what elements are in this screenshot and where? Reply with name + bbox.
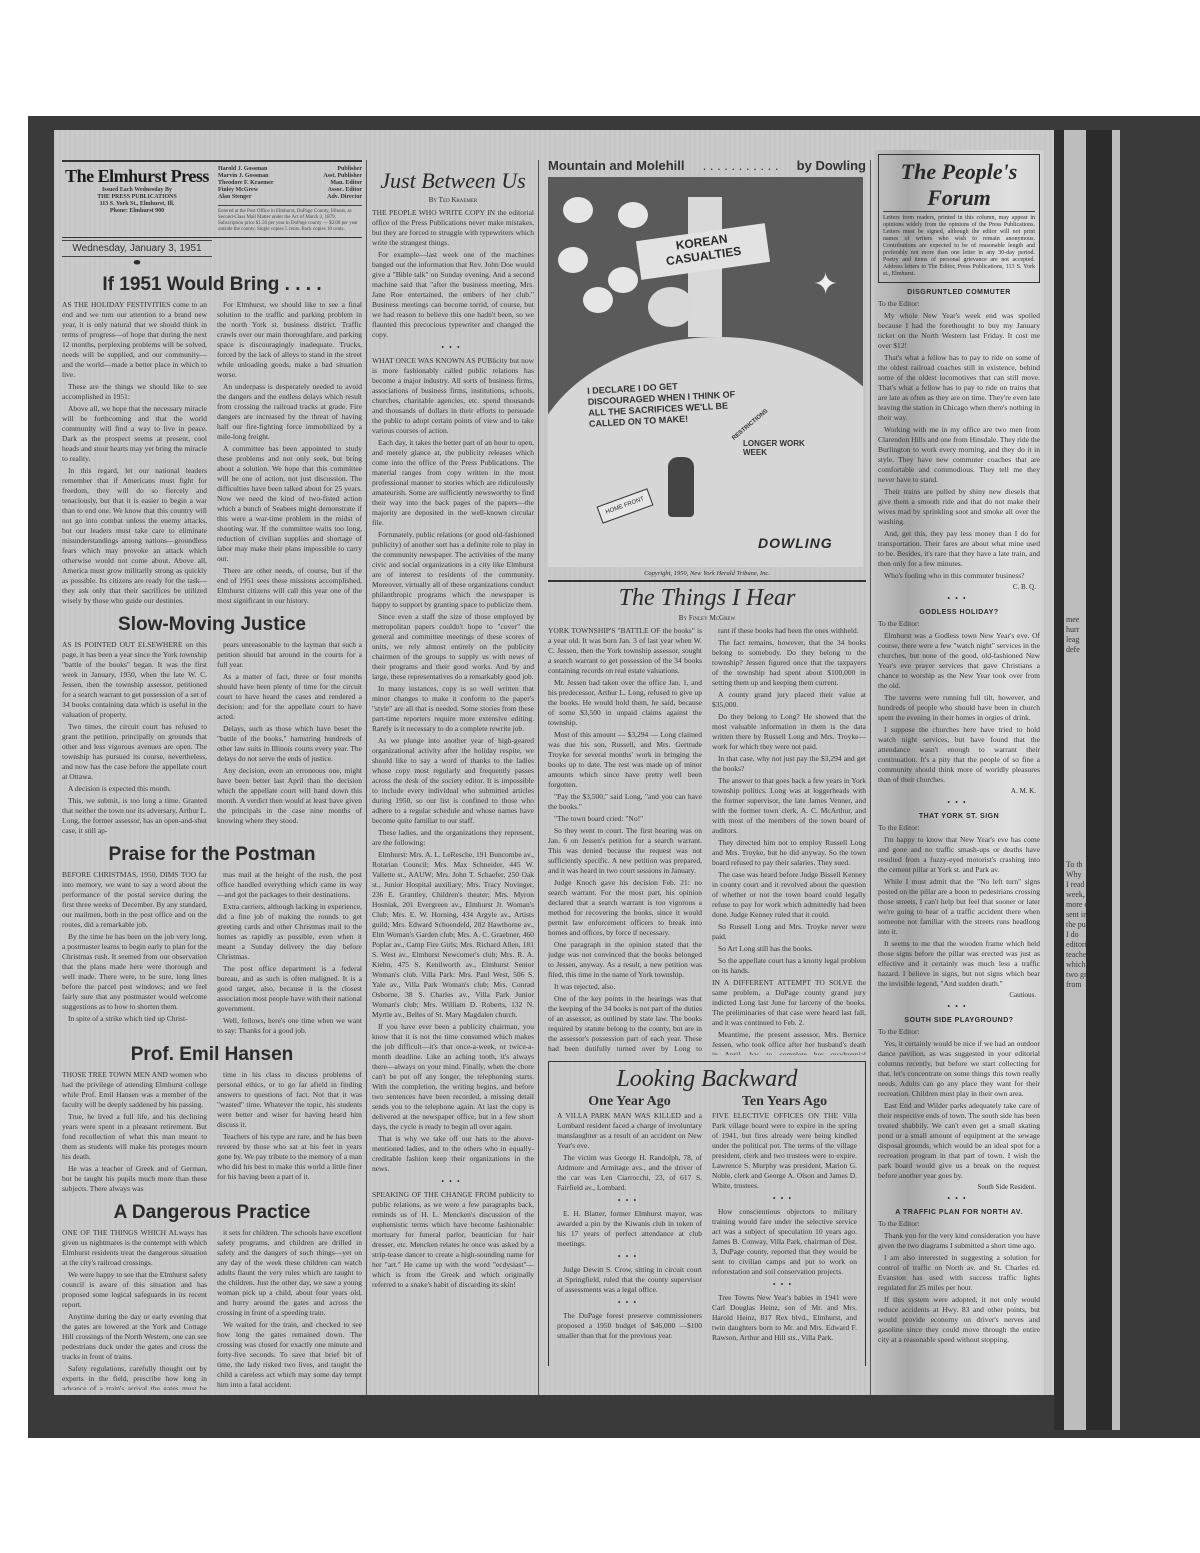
byline: By Finley McGrew [548,614,866,622]
column-rule [870,160,871,1395]
cartoonist-signature: DOWLING [758,535,833,551]
paragraph: How conscientious objectors to military … [712,1207,857,1277]
paragraph: it sets for children. The schools have e… [217,1228,362,1318]
staff-row: Finley McGrewAssoc. Editor [218,187,362,194]
section-headline: Looking Backward [557,1066,857,1093]
letter-heading: THAT YORK ST. SIGN [878,813,1040,820]
staff-row: Theodore F. KraemerMan. Editor [218,180,362,187]
column-rule [538,160,539,1395]
adjacent-page-edge: mee hurr leag defe To th Why I read week… [1054,130,1120,1430]
paragraph: My whole New Year's week end was spoiled… [878,311,1040,351]
letter-signoff: South Side Resident. [882,1183,1036,1191]
paragraph: Extra carriers, although lacking in expe… [217,902,362,962]
letter: SOUTH SIDE PLAYGROUND? To the Editor: Ye… [878,1017,1040,1191]
editorial-body: ONE OF THE THINGS WHICH ALways has given… [62,1228,362,1390]
cartoon-credit: by Dowling [797,158,866,173]
staff-name: Harold J. Gossman [218,166,267,173]
paragraph: As we plunge into another year of high-g… [372,736,534,826]
paragraph: mas mail at the height of the rush, the … [217,870,362,900]
paragraph: I'm happy to know that New Year's eve ha… [878,835,1040,875]
paragraph: In many instances, copy is so well writt… [372,684,534,734]
paragraph: Tree Towns New Year's babies in 1941 wer… [712,1293,857,1343]
adjacent-fragment: from [1066,980,1086,989]
subhead-ten-years: Ten Years Ago [712,1097,857,1107]
adjacent-fragment: more d [1066,900,1086,909]
paragraph: IN A DIFFERENT ATTEMPT TO SOLVE the same… [712,978,866,1028]
paragraph: East End and Wilder parks adequately tak… [878,1101,1040,1181]
paragraph: Elmhurst: Mrs. A. L. LeResche, 191 Bunco… [372,850,534,1020]
paragraph: Above all, we hope that the necessary mi… [62,404,207,464]
salutation: To the Editor: [878,619,1040,629]
paragraph: It seems to me that the wooden frame whi… [878,939,1040,989]
paragraph: The victim was George H. Randolph, 78, o… [557,1153,702,1193]
peoples-forum-column: The People's Forum Letters from readers,… [874,150,1044,1395]
paragraph: SPEAKING OF THE CHANGE FROM publicity to… [372,1190,534,1290]
paragraph: Anytime during the day or early evening … [62,1312,207,1362]
paragraph: This, we submit, is too long a time. Gra… [62,796,207,836]
film-bottom-edge [54,1395,1054,1438]
editorial-headline: Praise for the Postman [62,844,362,866]
paragraph: Fortunately, public relations (or good o… [372,530,534,610]
adjacent-fragment: Why [1066,870,1086,879]
adjacent-fragment: I read [1066,880,1086,889]
paragraph: They directed him not to employ Russell … [712,838,866,868]
paragraph: That is why we take off our hats to the … [372,1134,534,1174]
editorial-headline: Slow-Moving Justice [62,614,362,636]
paragraph: These ladies, and the organizations they… [372,828,534,848]
section-stars: ••• [878,594,1040,603]
paragraph: E. H. Blatter, former Elmhurst mayor, wa… [557,1209,702,1249]
paragraph: Delays, such as those which have beset t… [217,724,362,764]
salutation: To the Editor: [878,299,1040,309]
issue-date: Wednesday, January 3, 1951 [62,240,212,257]
adjacent-fragment: week, [1066,890,1086,899]
section-stars: ••• [878,798,1040,807]
paragraph: ONE OF THE THINGS WHICH ALways has given… [62,1228,207,1268]
publisher-name: THE PRESS PUBLICATIONS [62,194,212,201]
paragraph: So Russell Long and Mrs. Troyke never we… [712,922,866,942]
forum-title-line2: Forum [883,185,1035,211]
paragraph: In that case, why not just pay the $3,29… [712,754,866,774]
editorial-body: BEFORE CHRISTMAS, 1950, DIMS TOO far int… [62,870,362,1038]
paragraph: Since even a staff the size of those emp… [372,612,534,682]
editorial-5: A Dangerous Practice ONE OF THE THINGS W… [62,1202,362,1390]
editorial-headline: A Dangerous Practice [62,1202,362,1224]
paragraph: The fact remains, however, that the 34 b… [712,638,866,688]
forum-note: Letters from readers, printed in this co… [883,211,1035,278]
cloud-icon [563,197,593,223]
paragraph: Mr. Jessen had taken over the office Jan… [548,678,702,728]
editorial-body: AS IS POINTED OUT ELSEWHERE on this page… [62,640,362,838]
paragraph: Two times, the circuit court has refused… [62,722,207,782]
masthead-left: The Elmhurst Press Issued Each Wednesday… [62,166,212,233]
section-stars: ••• [372,1177,534,1187]
paragraph: Yes, it certainly would be nice if we ha… [878,1039,1040,1099]
paragraph: The post office department is a federal … [217,964,362,1014]
staff-name: Theodore F. Kraemer [218,180,274,187]
letter: GODLESS HOLIDAY? To the Editor: Elmhurst… [878,609,1040,795]
paragraph: Their trains are pulled by shiny new die… [878,487,1040,527]
paragraph: For example—last week one of the machine… [372,250,534,340]
section-stars: ••• [557,1298,702,1308]
paragraph: We waited for the train, and checked to … [217,1320,362,1390]
editorial-body: THOSE TREE TOWN MEN AND women who had th… [62,1070,362,1196]
paragraph: The taverns were running full tilt, howe… [878,693,1040,723]
cartoon-speech: I DECLARE I DO GET DISCOURAGED WHEN I TH… [587,378,739,430]
byline: By Ted Kraemer [372,196,534,204]
masthead: The Elmhurst Press Issued Each Wednesday… [62,160,362,238]
section-stars: ••• [557,1196,702,1206]
column-headline: The Things I Hear [548,585,866,612]
column-rule [366,160,367,1395]
paragraph: One paragraph in the opinion stated that… [548,940,702,980]
paragraph: There are other needs, of course, but if… [217,566,362,606]
paragraph: Elmhurst was a Godless town New Year's e… [878,631,1040,691]
paragraph: BEFORE CHRISTMAS, 1950, DIMS TOO far int… [62,870,207,930]
adjacent-fragment: the pu [1066,920,1086,929]
staff-name: Finley McGrew [218,187,258,194]
cartoon-copyright: Copyright, 1950, New York Herald Tribune… [548,570,866,582]
editorial-column: The Elmhurst Press Issued Each Wednesday… [62,160,362,1390]
letter: DISGRUNTLED COMMUTER To the Editor: My w… [878,289,1040,591]
salutation: To the Editor: [878,823,1040,833]
figure-icon [668,457,694,517]
adjacent-fragment: mee [1066,615,1086,624]
section-stars: ••• [878,1194,1040,1203]
paragraph: YORK TOWNSHIP'S "BATTLE OF the books" is… [548,626,702,676]
cartoon-title: Mountain and Molehill [548,158,685,173]
cloud-icon [558,247,588,273]
editorial-3: Praise for the Postman BEFORE CHRISTMAS,… [62,844,362,1038]
cloud-icon [608,267,638,293]
letter-signoff: A. M. K. [882,787,1036,795]
paragraph: So the appellate court has a knotty lega… [712,956,866,976]
letter-heading: DISGRUNTLED COMMUTER [878,289,1040,296]
paragraph: THE PEOPLE WHO WRITE COPY IN the editori… [372,208,534,248]
section-stars: ••• [557,1252,702,1262]
staff-row: Marvin J. GossmanAsst. Publisher [218,173,362,180]
adjacent-fragment: I do [1066,930,1086,939]
paragraph: By the time he has been on the job very … [62,932,207,1012]
paragraph: The case was heard before Judge Bissell … [712,870,866,920]
letter: A TRAFFIC PLAN FOR NORTH AV. To the Edit… [878,1209,1040,1345]
staff-box: Harold J. GossmanPublisher Marvin J. Gos… [212,166,362,233]
adjacent-fragment: teache [1066,950,1086,959]
paragraph: "Pay the $3,500," said Long, "and you ca… [548,792,702,812]
newspaper-title: The Elmhurst Press [62,166,212,187]
paragraph: So they went to court. The first hearing… [548,826,702,876]
paragraph: For Elmhurst, we should like to see a fi… [217,300,362,380]
letter-heading: A TRAFFIC PLAN FOR NORTH AV. [878,1209,1040,1216]
paragraph: While I must admit that the "No left tur… [878,877,1040,937]
salutation: To the Editor: [878,1219,1040,1229]
editorial-body: AS THE HOLIDAY FESTIVITIES come to an en… [62,300,362,608]
subhead-one-year: One Year Ago [557,1097,702,1107]
section-stars: ••• [878,1002,1040,1011]
entry-note: Entered at the Post Office in Elmhurst, … [218,205,362,233]
cartoon-title-bar: Mountain and Molehill . . . . . . . . . … [548,158,866,173]
paragraph: I suppose the churches here have tried t… [878,725,1040,785]
paragraph: Teachers of his type are rare, and he ha… [217,1132,362,1182]
staff-role: Adv. Director [327,194,362,201]
paragraph: In spite of a strike which tied up Chris… [62,1014,207,1024]
editorial-headline: Prof. Emil Hansen [62,1044,362,1066]
paragraph: "The town board cried: "No!" [548,814,702,824]
paragraph: Any decision, even an erroneous one, mig… [217,766,362,826]
staff-role: Publisher [337,166,362,173]
letter-signoff: Cautious. [882,991,1036,999]
cloud-icon [583,287,613,313]
paragraph: An underpass is desperately needed to av… [217,382,362,442]
section-stars: ••• [712,1194,857,1204]
issued-line: Issued Each Wednesday By [62,187,212,194]
paragraph: A VILLA PARK MAN WAS KILLED and a Lombar… [557,1111,702,1151]
editorial-cartoon: ✦ KOREAN CASUALTIES I DECLARE I DO GET D… [548,177,863,567]
phone: Phone: Elmhurst 900 [62,208,212,215]
staff-name: Alan Stenger [218,194,252,201]
letter-heading: SOUTH SIDE PLAYGROUND? [878,1017,1040,1024]
star-icon: ✦ [813,267,838,302]
adjacent-fragment: two gr [1066,970,1086,979]
letter-signoff: C. B. Q. [882,583,1036,591]
paragraph: Who's fooling who in this commuter busin… [878,571,1040,581]
paragraph: Judge Knoch gave his decision Feb. 21: n… [548,878,702,938]
just-between-us-column: Just Between Us By Ted Kraemer THE PEOPL… [372,168,534,1393]
paragraph: That's what a fellow has to pay to ride … [878,353,1040,423]
letter-heading: GODLESS HOLIDAY? [878,609,1040,616]
paragraph: If you have ever been a publicity chairm… [372,1022,534,1132]
paragraph: A county grand jury placed their value a… [712,690,866,710]
staff-role: Assoc. Editor [328,187,362,194]
leader-dots: . . . . . . . . . . . [685,158,797,173]
adjacent-fragment: hurr [1066,625,1086,634]
forum-header: The People's Forum Letters from readers,… [878,154,1040,283]
paragraph: Judge Dewitt S. Crow, sitting in circuit… [557,1265,702,1295]
cloud-icon [618,202,648,228]
section-stars: ••• [712,1280,857,1290]
adjacent-fragment: which [1066,960,1086,969]
paragraph: AS IS POINTED OUT ELSEWHERE on this page… [62,640,207,720]
staff-row: Alan StengerAdv. Director [218,194,362,201]
paragraph: The DuPage forest preserve commissioners… [557,1311,702,1341]
paragraph: THOSE TREE TOWN MEN AND women who had th… [62,1070,207,1110]
adjacent-fragment: defe [1066,645,1086,654]
paragraph: A decision is expected this month. [62,784,207,794]
editorial-headline: If 1951 Would Bring . . . . [62,274,362,296]
adjacent-fragment: leag [1066,635,1086,644]
paragraph: I am also interested in suggesting a sol… [878,1253,1040,1293]
paragraph: WHAT ONCE WAS KNOWN AS PUBlicity but now… [372,356,534,436]
letter: THAT YORK ST. SIGN To the Editor: I'm ha… [878,813,1040,999]
editorial-2: Slow-Moving Justice AS IS POINTED OUT EL… [62,614,362,838]
moon-shape [648,287,694,327]
page-gutter-shadow [1086,130,1112,1430]
salutation: To the Editor: [878,1027,1040,1037]
adjacent-fragment: editori [1066,940,1086,949]
paragraph: A committee has been appointed to study … [217,444,362,564]
paragraph: Do they belong to Long? He showed that t… [712,712,866,752]
editorial-4: Prof. Emil Hansen THOSE TREE TOWN MEN AN… [62,1044,362,1196]
paragraph: rant if these books had been the ones wi… [712,626,866,636]
paragraph: These are the things we should like to s… [62,382,207,402]
paragraph: It was rejected, also. [548,982,702,992]
paragraph: Safety regulations, carefully thought ou… [62,1364,207,1390]
ornament-icon: ⬬ [62,258,212,268]
staff-row: Harold J. GossmanPublisher [218,166,362,173]
paragraph: One of the key points in the hearings wa… [548,994,702,1055]
paragraph: If this system were adopted, it not only… [878,1295,1040,1345]
staff-name: Marvin J. Gossman [218,173,269,180]
looking-backward: Looking Backward One Year Ago A VILLA PA… [548,1061,866,1366]
paragraph: True, he lived a full life, and his decl… [62,1112,207,1162]
cartoon-label: LONGER WORK WEEK [743,439,823,457]
paragraph: And, get this, they pay less money than … [878,529,1040,569]
paragraph: FIVE ELECTIVE OFFICES ON THE Villa Park … [712,1111,857,1191]
paragraph: He was a teacher of Greek and of German,… [62,1164,207,1194]
paragraph: AS THE HOLIDAY FESTIVITIES come to an en… [62,300,207,380]
paragraph: The answer to that goes back a few years… [712,776,866,836]
section-stars: ••• [372,343,534,353]
paragraph: In this regard, let our national leaders… [62,466,207,606]
column-headline: Just Between Us [372,168,534,194]
adjacent-fragment: sent in [1066,910,1086,919]
forum-title-line1: The People's [883,159,1035,185]
things-i-hear: The Things I Hear By Finley McGrew YORK … [548,585,866,1055]
paragraph: Working with me in my office are two men… [878,425,1040,485]
paragraph: Thank you for the very kind consideratio… [878,1231,1040,1251]
paragraph: As a matter of fact, three or four month… [217,672,362,722]
address: 113 S. York St., Elmhurst, Ill. [62,201,212,208]
cartoon-section: Mountain and Molehill . . . . . . . . . … [548,158,866,1366]
paragraph: time in his class to discuss problems of… [217,1070,362,1130]
adjacent-fragment: To th [1066,860,1086,869]
staff-role: Asst. Publisher [323,173,362,180]
paragraph: Most of this amount — $3,294 — Long clai… [548,730,702,790]
paragraph: Well, fellows, here's one time when we w… [217,1016,362,1036]
staff-role: Man. Editor [330,180,362,187]
paragraph: pears unreasonable to the layman that su… [217,640,362,670]
paragraph: Each day, it takes the better part of an… [372,438,534,528]
paragraph: So Art Long still has the books. [712,944,866,954]
editorial-1: If 1951 Would Bring . . . . AS THE HOLID… [62,274,362,608]
paragraph: We were happy to see that the Elmhurst s… [62,1270,207,1310]
paragraph: Meantime, the present assessor, Mrs. Ber… [712,1030,866,1055]
